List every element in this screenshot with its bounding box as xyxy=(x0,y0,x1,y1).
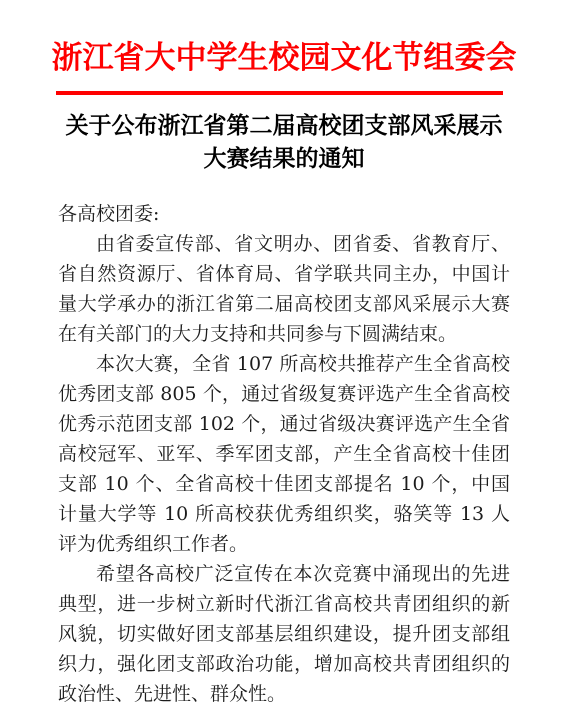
paragraph-results: 本次大赛，全省 107 所高校共推荐产生全省高校优秀团支部 805 个，通过省级… xyxy=(58,349,510,559)
paragraph-hopes: 希望各高校广泛宣传在本次竞赛中涌现出的先进典型，进一步树立新时代浙江省高校共青团… xyxy=(58,559,510,704)
paragraph-organizers: 由省委宣传部、省文明办、团省委、省教育厅、省自然资源厅、省体育局、省学联共同主办… xyxy=(58,229,510,349)
document-body: 各高校团委: 由省委宣传部、省文明办、团省委、省教育厅、省自然资源厅、省体育局、… xyxy=(58,199,510,704)
document-title: 关于公布浙江省第二届高校团支部风采展示大赛结果的通知 xyxy=(58,109,510,175)
salutation-line: 各高校团委: xyxy=(58,199,510,229)
organization-header-title: 浙江省大中学生校园文化节组委会 xyxy=(0,36,568,80)
notice-document-page: 浙江省大中学生校园文化节组委会 关于公布浙江省第二届高校团支部风采展示大赛结果的… xyxy=(0,0,568,704)
red-header-divider xyxy=(56,91,503,95)
